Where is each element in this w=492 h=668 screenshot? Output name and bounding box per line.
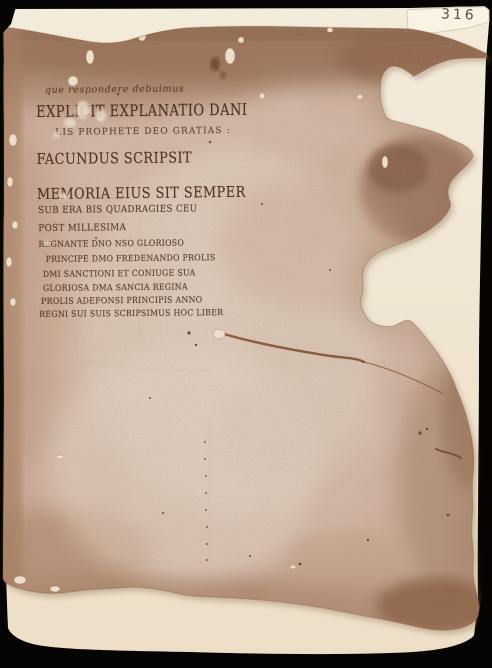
manuscript-page-artwork	[0, 0, 492, 668]
manuscript-photo: 316 que respondere debuimus EXPLICIT EXP…	[0, 0, 492, 668]
